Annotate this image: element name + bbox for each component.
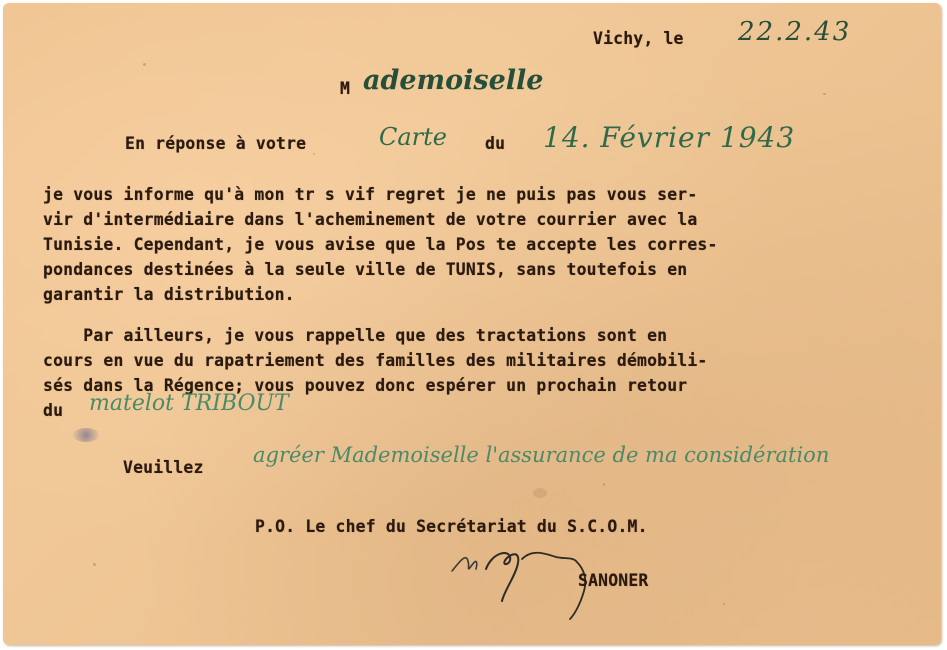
paper-speck (143, 63, 146, 66)
salutation-initial: M (340, 79, 350, 98)
body-line: Tunisie. Cependant, je vous avise que la… (43, 235, 718, 254)
paper-speck (603, 483, 605, 486)
salutation-handwritten: ademoiselle (363, 65, 543, 96)
body-line: Par ailleurs, je vous rappelle que des t… (43, 326, 667, 345)
reference-typed-start: En réponse à votre (125, 134, 306, 153)
paper-speck (313, 153, 315, 155)
body-line: garantir la distribution. (43, 285, 295, 304)
body-line: cours en vue du rapatriement des famille… (43, 351, 708, 370)
paper-speck (93, 563, 96, 566)
paper-stain (533, 488, 547, 498)
body-line: je vous informe qu'à mon tr s vif regret… (43, 185, 697, 204)
body-line: vir d'intermédiaire dans l'acheminement … (43, 210, 697, 229)
ink-blot (73, 428, 99, 442)
closing-handwritten: agréer Mademoiselle l'assurance de ma co… (253, 443, 829, 467)
date-handwritten: 22.2.43 (738, 17, 851, 47)
body-last-typed: du (43, 401, 63, 420)
place-date-prefix: Vichy, le (593, 29, 684, 48)
reference-handwritten-date: 14. Février 1943 (543, 121, 795, 154)
reference-handwritten-item: Carte (379, 123, 447, 151)
body-line: pondances destinées à la seule ville de … (43, 260, 687, 279)
postal-card: Vichy, le 22.2.43 M ademoiselle En répon… (3, 3, 941, 645)
paper-speck (723, 603, 725, 605)
body-last-handwritten: matelot TRIBOUT (89, 391, 289, 416)
paper-speck (823, 93, 826, 95)
signatory-name: SANONER (578, 571, 648, 590)
reference-typed-du: du (485, 134, 505, 153)
closing-typed: Veuillez (123, 458, 204, 477)
